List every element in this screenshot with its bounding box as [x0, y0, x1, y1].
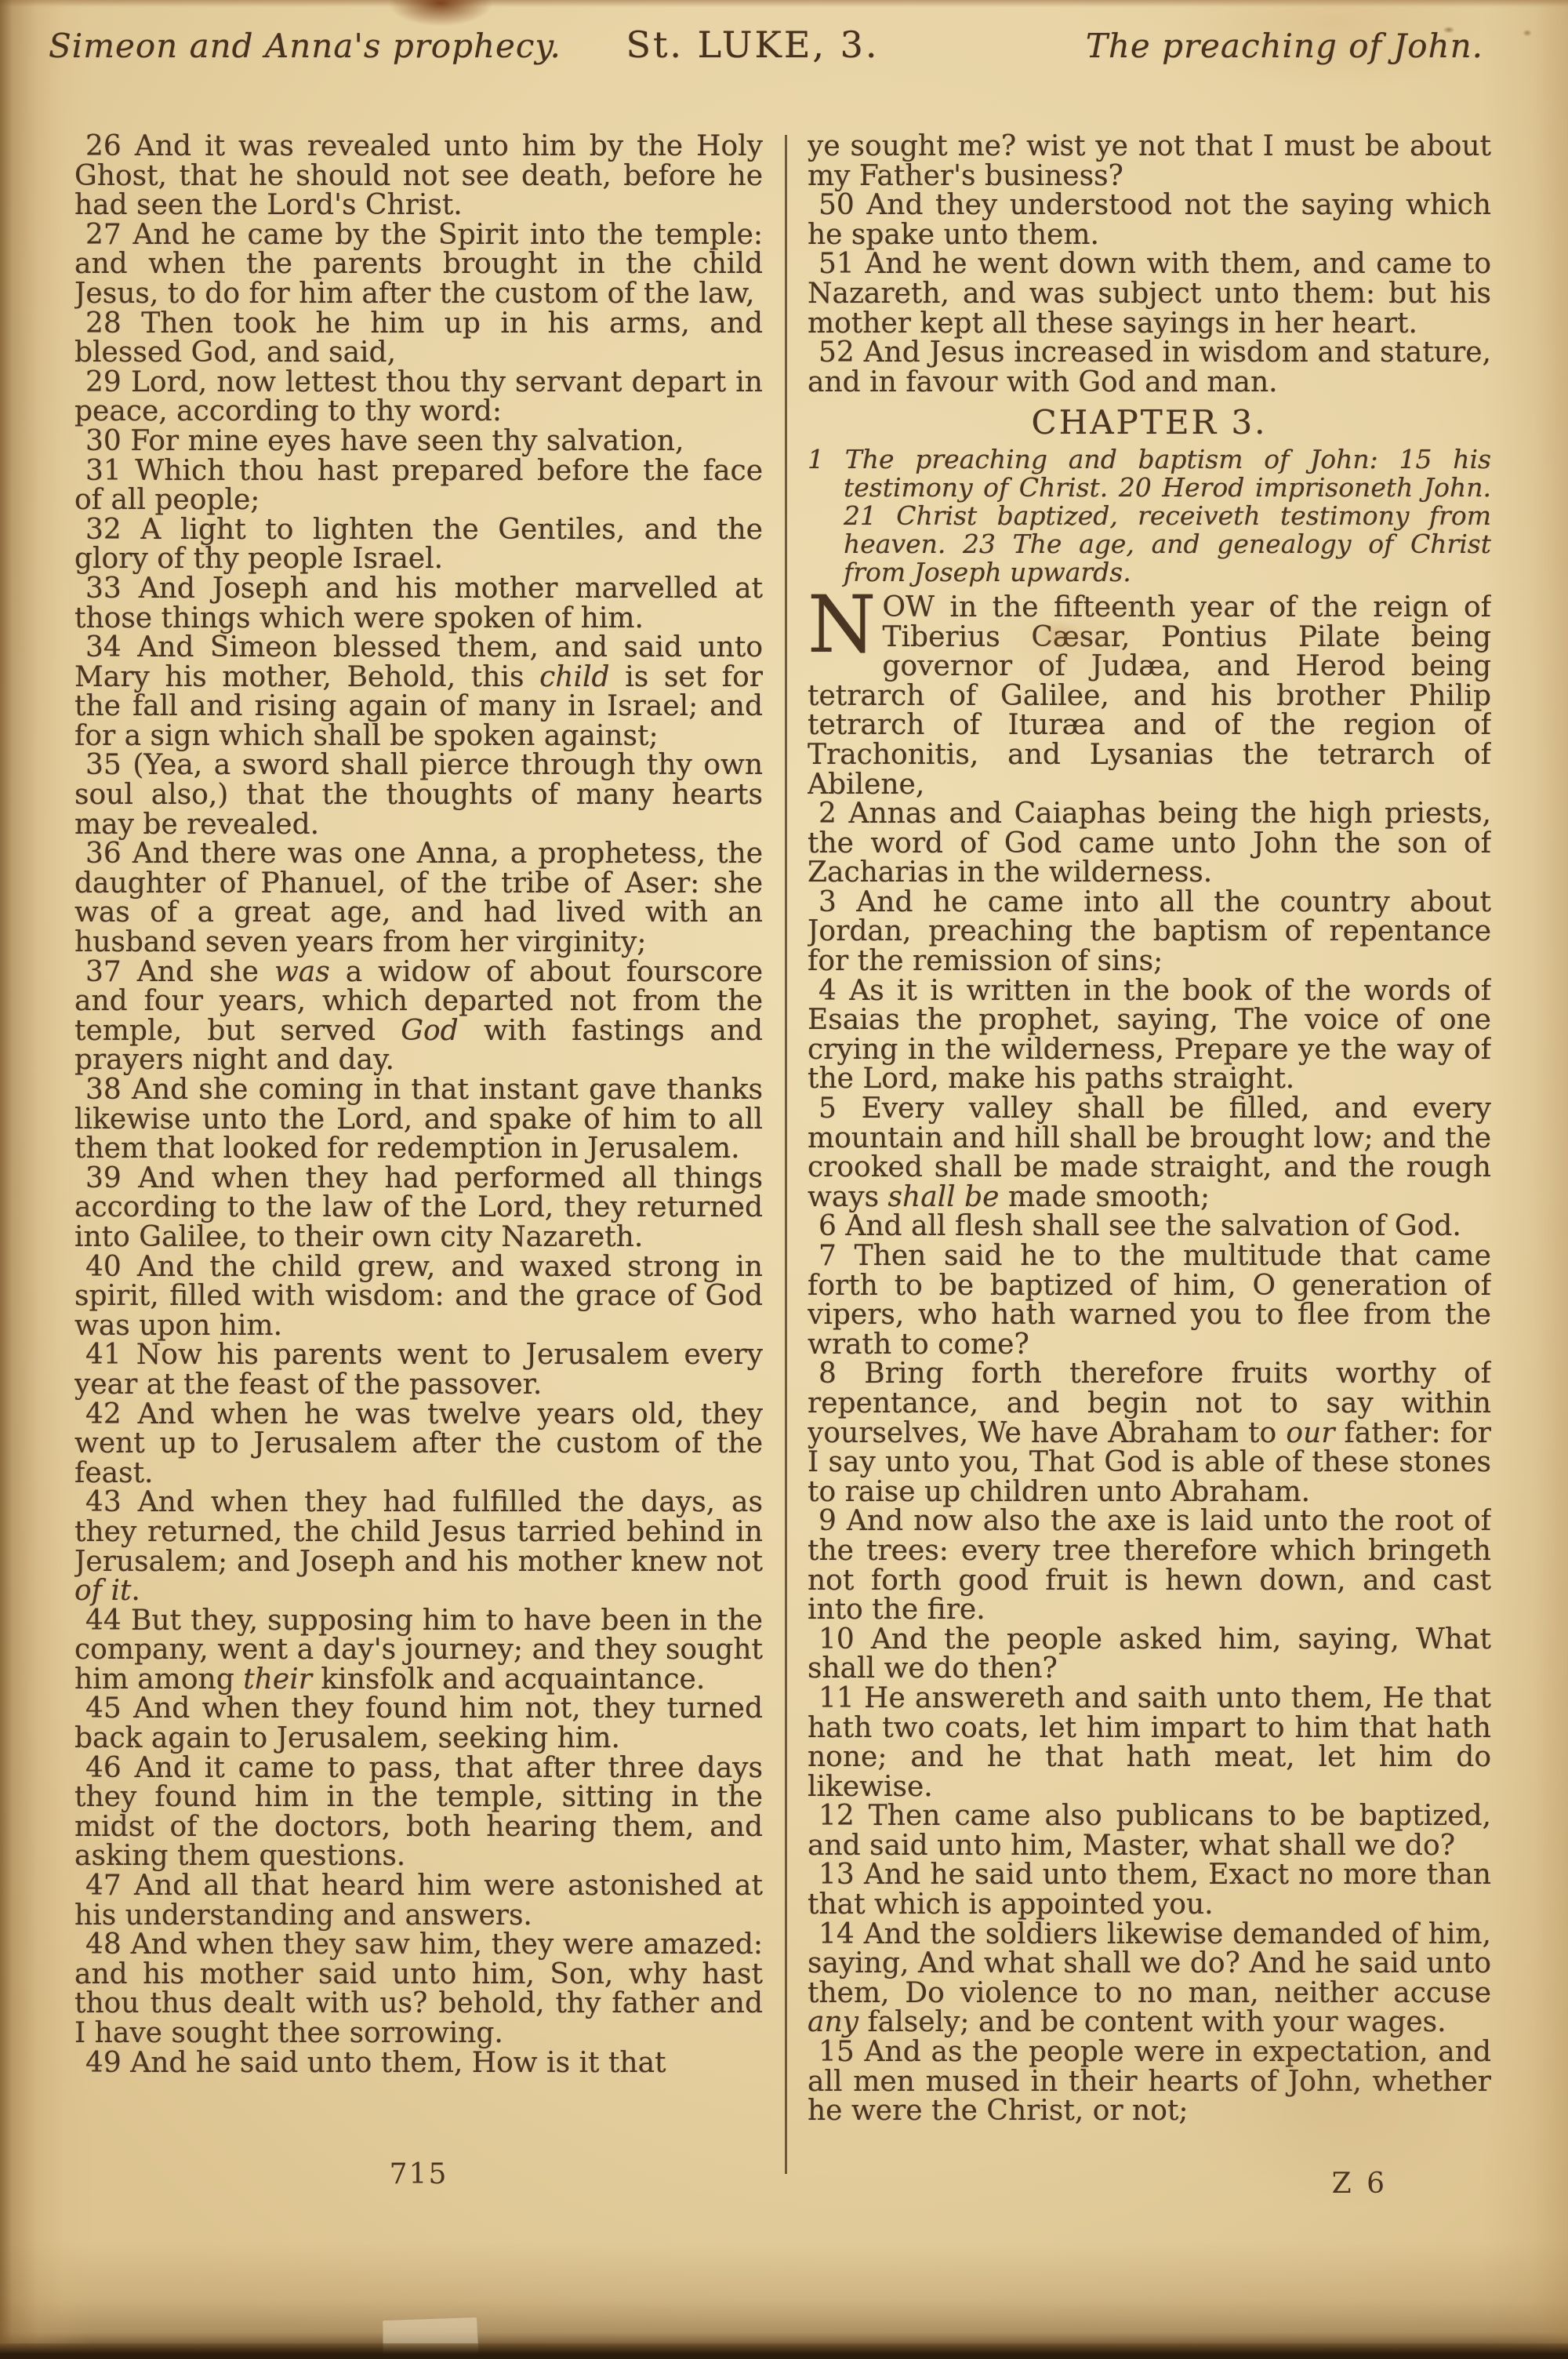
verse-10: 10 And the people asked him, saying, Wha…	[808, 1625, 1491, 1684]
verse-27: 27 And he came by the Spirit into the te…	[74, 220, 763, 309]
verse-42: 42 And when he was twelve years old, the…	[74, 1400, 763, 1488]
right-text-column: ye sought me? wist ye not that I must be…	[808, 132, 1491, 2179]
left-verse-list: 26 And it was revealed unto him by the H…	[74, 132, 763, 2077]
verse-11: 11 He answereth and saith unto them, He …	[808, 1684, 1491, 1801]
verse-49: 49 And he said unto them, How is it that	[74, 2048, 763, 2078]
page-number: 715	[74, 2158, 763, 2190]
verse-39: 39 And when they had performed all thing…	[74, 1164, 763, 1252]
chapter3-verse-list: 2 Annas and Caiaphas being the high prie…	[808, 799, 1491, 2126]
verse-30: 30 For mine eyes have seen thy salvation…	[74, 427, 763, 456]
verse-46: 46 And it came to pass, that after three…	[74, 1754, 763, 1871]
verse-7: 7 Then said he to the multitude that cam…	[808, 1241, 1491, 1359]
verse-35: 35 (Yea, a sword shall pierce through th…	[74, 751, 763, 839]
verse-50: 50 And they understood not the saying wh…	[808, 191, 1491, 249]
header-right-title: The preaching of John.	[1086, 27, 1483, 65]
verse-36: 36 And there was one Anna, a prophetess,…	[74, 839, 763, 957]
verse-37: 37 And she was a widow of about fourscor…	[74, 958, 763, 1075]
verse-29: 29 Lord, now lettest thou thy servant de…	[74, 368, 763, 427]
verse-8: 8 Bring forth therefore fruits worthy of…	[808, 1359, 1491, 1507]
verse-40: 40 And the child grew, and waxed strong …	[74, 1252, 763, 1341]
verse-47: 47 And all that heard him were astonishe…	[74, 1871, 763, 1930]
verse-6: 6 And all flesh shall see the salvation …	[808, 1212, 1491, 1241]
verse-14: 14 And the soldiers likewise demanded of…	[808, 1920, 1491, 2037]
verse-2: 2 Annas and Caiaphas being the high prie…	[808, 799, 1491, 888]
book-bottom-edge	[0, 2343, 1568, 2359]
verse-49-continuation: ye sought me? wist ye not that I must be…	[808, 132, 1491, 191]
left-text-column: 26 And it was revealed unto him by the H…	[74, 132, 763, 2179]
verse-5: 5 Every valley shall be filled, and ever…	[808, 1094, 1491, 1212]
verse-34: 34 And Simeon blessed them, and said unt…	[74, 633, 763, 751]
verse-13: 13 And he said unto them, Exact no more …	[808, 1860, 1491, 1919]
verse-4: 4 As it is written in the book of the wo…	[808, 976, 1491, 1094]
verse-32: 32 A light to lighten the Gentiles, and …	[74, 515, 763, 574]
verse-33: 33 And Joseph and his mother marvelled a…	[74, 574, 763, 633]
verse-9: 9 And now also the axe is laid unto the …	[808, 1507, 1491, 1624]
column-divider-rule	[785, 135, 787, 2174]
chapter-3-heading: CHAPTER 3.	[808, 408, 1491, 438]
verse-ch3-1-text: OW in the fifteenth year of the reign of…	[808, 591, 1491, 801]
signature-mark: Z 6	[808, 2168, 1388, 2200]
verse-51: 51 And he went down with them, and came …	[808, 249, 1491, 338]
verse-12: 12 Then came also publicans to be baptiz…	[808, 1801, 1491, 1860]
drop-cap: N	[808, 593, 883, 654]
verse-ch3-1: NOW in the fifteenth year of the reign o…	[808, 593, 1491, 799]
verse-28: 28 Then took he him up in his arms, and …	[74, 309, 763, 368]
verse-15: 15 And as the people were in expectation…	[808, 2037, 1491, 2126]
verse-31: 31 Which thou hast prepared before the f…	[74, 456, 763, 515]
page-scan: Simeon and Anna's prophecy. St. LUKE, 3.…	[0, 0, 1568, 2359]
verse-26: 26 And it was revealed unto him by the H…	[74, 132, 763, 220]
verse-38: 38 And she coming in that instant gave t…	[74, 1075, 763, 1164]
chapter-3-summary: 1 The preaching and baptism of John: 15 …	[808, 445, 1491, 587]
scanned-bible-page: { "header": { "left": "Simeon and Anna's…	[0, 0, 1568, 2359]
verse-44: 44 But they, supposing him to have been …	[74, 1606, 763, 1695]
verse-52: 52 And Jesus increased in wisdom and sta…	[808, 338, 1491, 397]
chapter2-verse-list: 50 And they understood not the saying wh…	[808, 191, 1491, 397]
running-header: Simeon and Anna's prophecy. St. LUKE, 3.…	[0, 24, 1568, 71]
verse-48: 48 And when they saw him, they were amaz…	[74, 1930, 763, 2048]
verse-41: 41 Now his parents went to Jerusalem eve…	[74, 1340, 763, 1399]
verse-43: 43 And when they had fulfilled the days,…	[74, 1488, 763, 1605]
verse-3: 3 And he came into all the country about…	[808, 888, 1491, 976]
verse-45: 45 And when they found him not, they tur…	[74, 1694, 763, 1753]
